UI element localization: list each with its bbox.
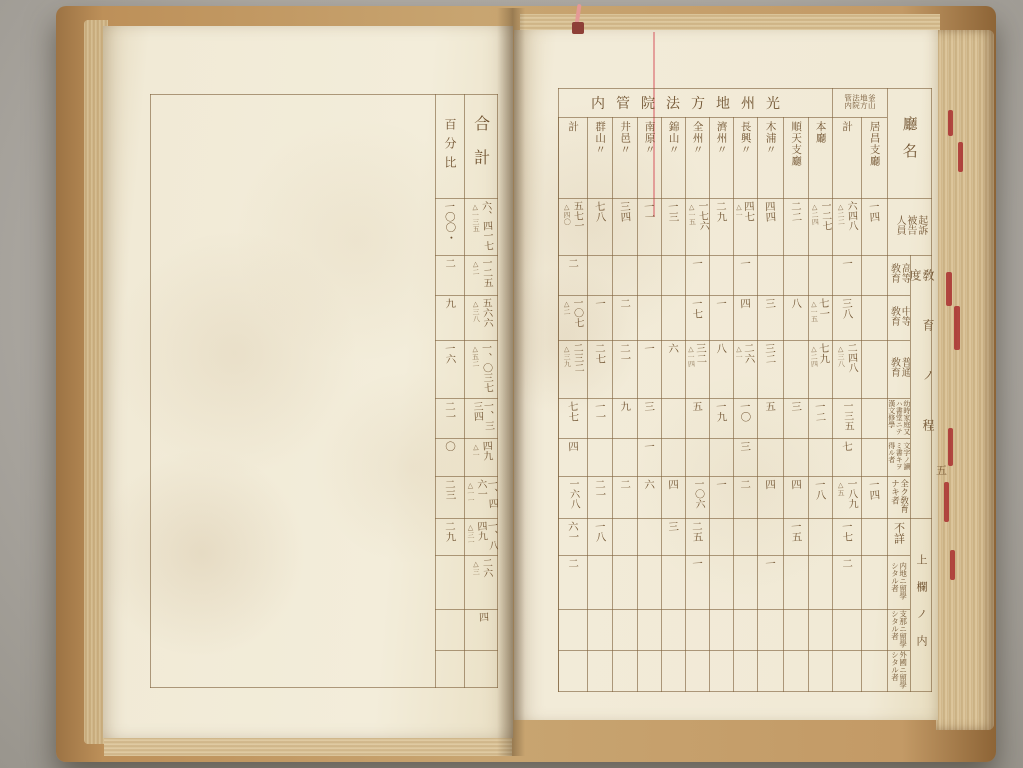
table-cell: 一 [685, 255, 709, 295]
table-cell: 二 [558, 555, 587, 609]
table-cell: 八 [783, 295, 808, 340]
table-cell: 一〇〇・ [435, 198, 464, 255]
row-label-cell: 高等敎育 [887, 255, 910, 295]
table-cell: 九 [435, 295, 464, 340]
office-name: 木浦〃 [764, 117, 775, 156]
cell-value: 一七 [840, 518, 852, 542]
cell-value: 七九△二四 [810, 340, 830, 367]
row-group-above: 上欄ノ内 [910, 518, 932, 692]
table-cell: 四四 [757, 198, 783, 255]
total-header-text: 合計 [472, 109, 489, 183]
table-cell: 五七一△四〇 [558, 198, 587, 255]
row-label: 外國ニ留學シタル者 [890, 651, 906, 691]
table-cell: 一二七△二四 [808, 198, 832, 255]
row-label-cell: 全ク敎育ナキ者 [887, 476, 910, 518]
binding-thread [570, 4, 586, 38]
row-label: 内地ニ留學シタル者 [890, 562, 906, 602]
cell-value: 一一 [643, 198, 655, 222]
cell-value: 一一 [593, 398, 605, 422]
table-cell: 一 [709, 295, 733, 340]
office-name: 順天支廳 [790, 117, 801, 167]
cell-value: 三四 [618, 198, 630, 222]
table-cell: 一八九△五 [832, 476, 861, 518]
cell-value: 一二五△二 [471, 255, 491, 288]
table-cell: 二二 [783, 198, 808, 255]
table-cell: 一六 [435, 340, 464, 398]
cell-value: 九 [619, 398, 631, 412]
right-page-table: 釜山地方法院管内光州地方法院管内廳名居昌支廳計本廳順天支廳木浦〃長興〃濟州〃全州… [558, 88, 932, 692]
table-cell: 四九△一 [464, 438, 498, 476]
table-border-bottom [150, 687, 498, 688]
corner-header-text: 廳名 [901, 116, 917, 170]
table-cell: 一 [637, 438, 661, 476]
cell-value: 三 [790, 398, 802, 412]
cell-value: 六 [667, 340, 679, 354]
office-name-cell: 井邑〃 [612, 117, 637, 198]
table-cell: 三四 [612, 198, 637, 255]
row-label: 普通敎育 [888, 357, 910, 381]
folio-number: 五 [936, 462, 947, 478]
cell-value: 二 [619, 476, 631, 490]
table-cell: 四 [661, 476, 685, 518]
table-cell: 三二△一四 [685, 340, 709, 398]
right-page: 釜山地方法院管内光州地方法院管内廳名居昌支廳計本廳順天支廳木浦〃長興〃濟州〃全州… [514, 30, 938, 720]
table-cell: 一〇 [733, 398, 757, 438]
table-cell: 二九 [709, 198, 733, 255]
cell-value: 三 [764, 295, 776, 309]
cell-value: 一 [594, 295, 606, 309]
row-label-cell: 支那ニ留學シタル者 [887, 609, 910, 650]
book-gutter-shadow [497, 8, 525, 756]
table-cell: 六 [661, 340, 685, 398]
table-border-bottom [558, 691, 932, 692]
cell-value: 二 [567, 555, 579, 569]
cell-value: 四七△一 [735, 198, 755, 222]
cell-value: 一六八 [566, 476, 578, 509]
table-cell: 〇 [435, 438, 464, 476]
cell-value: 一四 [868, 198, 880, 222]
table-cell: 一九 [709, 398, 733, 438]
cell-value: 三二 [764, 340, 776, 364]
cell-value: 一 [739, 255, 751, 269]
cell-value: 一六 [443, 340, 455, 364]
office-name: 本廳 [814, 117, 825, 144]
row-label: 全ク敎育ナキ者 [889, 479, 907, 515]
table-cell: 一六八 [558, 476, 587, 518]
left-page: 合計百分比六、四一七△一三五一〇〇・一二五△二二五六六△三八九一、〇三七△五二一… [103, 26, 513, 738]
cell-value: 一〇〇・ [443, 198, 456, 243]
row-label-cell: 内地ニ留學シタル者 [887, 555, 910, 609]
cell-value: 三 [643, 398, 655, 412]
table-cell: 六四八△二二 [832, 198, 861, 255]
cell-value: 二 [444, 255, 456, 269]
cell-value: 二五 [691, 518, 703, 542]
table-cell: 一 [832, 255, 861, 295]
cell-value: 一 [715, 295, 727, 309]
cell-value: 二三 [443, 476, 455, 500]
table-cell: 二六△三 [464, 555, 498, 609]
table-cell: 四 [757, 476, 783, 518]
table-cell: 二一 [435, 398, 464, 438]
office-name-cell: 南原〃 [637, 117, 661, 198]
table-cell: 三 [757, 295, 783, 340]
cell-value: 一三 [667, 198, 679, 222]
cell-value: 二二 [789, 198, 801, 222]
cell-value: 一、〇三七△五二 [470, 340, 491, 393]
table-cell: 一四 [861, 476, 887, 518]
table-cell: 二七 [587, 340, 612, 398]
cell-value: 九 [444, 295, 456, 309]
cell-value: 一二七△二四 [810, 198, 830, 231]
row-label-cell: 起訴被告人員 [887, 198, 932, 255]
cell-value: 七 [841, 438, 853, 452]
table-cell: 一七 [685, 295, 709, 340]
cell-value: 一 [643, 438, 655, 452]
cell-value: 四四 [764, 198, 776, 222]
cell-value: 一、四六一△一一 [465, 476, 496, 518]
table-cell: 一 [757, 555, 783, 609]
cell-value: 二四八△三八 [836, 340, 856, 373]
row-label-cell: 不詳 [887, 518, 910, 555]
table-cell: 二四八△三八 [832, 340, 861, 398]
table-cell: 一三五 [832, 398, 861, 438]
cell-value: 〇 [444, 438, 456, 452]
row-group-above-text: 上欄ノ内 [915, 548, 927, 662]
table-cell: 九 [612, 398, 637, 438]
cell-value: 一 [715, 476, 727, 490]
table-cell: 二九 [435, 518, 464, 555]
cell-value: 七一△一五 [810, 295, 830, 322]
cell-value: 四 [667, 476, 679, 490]
cell-value: 一 [691, 255, 703, 269]
span-header-busan: 釜山地方法院管内 [832, 88, 887, 117]
page-stack-edge-bottom [104, 736, 512, 756]
table-cell: 一 [709, 476, 733, 518]
cell-value: 五六六△三八 [471, 295, 491, 328]
cell-value: 二六△三 [471, 555, 491, 578]
table-cell: 二一 [587, 476, 612, 518]
table-cell: 一、三三四 [464, 398, 498, 438]
table-cell: 一七六△一五 [685, 198, 709, 255]
cell-value: 二七 [593, 340, 605, 364]
table-cell: 四 [783, 476, 808, 518]
table-cell: 七八 [587, 198, 612, 255]
table-cell: 一七 [832, 518, 861, 555]
table-cell: 一、八四九△三一 [464, 518, 498, 555]
office-name: 長興〃 [739, 117, 750, 156]
span-header-gwangju-text: 光州地方法院管内 [591, 93, 799, 113]
table-cell: 三 [783, 398, 808, 438]
table-cell: 一一 [637, 198, 661, 255]
cell-value: 二 [841, 555, 853, 569]
table-cell: 一八 [808, 476, 832, 518]
office-name-cell: 居昌支廳 [861, 117, 887, 198]
row-label: 支那ニ留學シタル者 [890, 610, 906, 650]
table-cell: 二 [612, 295, 637, 340]
cell-value: 一 [841, 255, 853, 269]
table-cell: 一 [685, 555, 709, 609]
office-name-cell: 濟州〃 [709, 117, 733, 198]
cell-value: 三 [667, 518, 679, 532]
span-header-gwangju: 光州地方法院管内 [558, 88, 832, 117]
cell-value: 一二 [814, 398, 826, 422]
table-cell: 一二 [808, 398, 832, 438]
office-name-cell: 錦山〃 [661, 117, 685, 198]
office-name: 全州〃 [691, 117, 702, 156]
cell-value: 一 [643, 340, 655, 354]
cell-value: 一四 [868, 476, 880, 500]
office-name: 錦山〃 [667, 117, 678, 156]
row-label: 起訴被告人員 [893, 215, 925, 239]
table-cell: 一〇六 [685, 476, 709, 518]
row-label: 不詳 [893, 522, 905, 552]
row-label-cell: 普通敎育 [887, 340, 910, 398]
table-cell: 六一 [558, 518, 587, 555]
table-cell: 一一 [587, 398, 612, 438]
percent-header-text: 百分比 [443, 118, 456, 175]
table-cell: 一、〇三七△五二 [464, 340, 498, 398]
cell-value: 三二△一四 [687, 340, 707, 367]
cell-value: 四九△一 [471, 438, 491, 461]
cell-value: 一、八四九△三一 [466, 518, 497, 555]
cell-value: 二九 [715, 198, 727, 222]
table-cell: 五 [757, 398, 783, 438]
table-cell: 二 [733, 476, 757, 518]
left-page-table: 合計百分比六、四一七△一三五一〇〇・一二五△二二五六六△三八九一、〇三七△五二一… [150, 94, 498, 688]
table-cell: 三 [637, 398, 661, 438]
row-line [435, 650, 498, 651]
cell-value: 三八 [840, 295, 852, 319]
cell-value: 五 [691, 398, 703, 412]
row-group-education-text: 敎育ノ程度 [908, 255, 934, 518]
table-cell: 四 [464, 609, 498, 650]
row-line [558, 609, 910, 610]
cell-value: 一 [764, 555, 776, 569]
cell-value: 一 [691, 555, 703, 569]
office-name-cell: 群山〃 [587, 117, 612, 198]
span-header-busan-text: 釜山地方法院管内 [844, 94, 876, 111]
row-label-cell: 文字ノ讀ミ書キヲ得ル者 [887, 438, 910, 476]
table-cell: 二一 [612, 340, 637, 398]
cell-value: 一、三三四 [469, 398, 492, 438]
office-name-cell: 本廳 [808, 117, 832, 198]
row-line [558, 650, 910, 651]
cell-value: 二九 [443, 518, 455, 542]
table-cell: 四七△一 [733, 198, 757, 255]
office-name-cell: 全州〃 [685, 117, 709, 198]
cell-value: 五 [764, 398, 776, 412]
table-cell: 三八 [832, 295, 861, 340]
table-cell: 二六△一 [733, 340, 757, 398]
cell-value: 六 [643, 476, 655, 490]
cell-value: 五七一△四〇 [562, 198, 582, 231]
cell-value: 二一 [618, 340, 630, 364]
cell-value: 一七 [691, 295, 703, 319]
table-cell: 一 [733, 255, 757, 295]
table-cell: 一二五△二 [464, 255, 498, 295]
page-stack-edge-right [936, 30, 994, 730]
table-cell: 七七 [558, 398, 587, 438]
office-name: 居昌支廳 [868, 117, 879, 167]
table-cell: 四 [558, 438, 587, 476]
cell-value: 一八 [593, 518, 605, 542]
table-cell: 二三二△三九 [558, 340, 587, 398]
row-label-cell: 幼時家庭又ハ書堂ニテ漢文修學 [887, 398, 910, 438]
table-cell: 二 [612, 476, 637, 518]
row-label: 中等敎育 [888, 306, 910, 330]
office-name: 南原〃 [643, 117, 654, 156]
office-name-cell: 計 [558, 117, 587, 198]
row-label: 幼時家庭又ハ書堂ニテ漢文修學 [887, 400, 910, 437]
table-cell: 一四 [861, 198, 887, 255]
table-cell: 六、四一七△一三五 [464, 198, 498, 255]
table-cell: 一、四六一△一一 [464, 476, 498, 518]
corner-header-cell: 廳名 [887, 88, 932, 198]
cell-value: 二六△一 [735, 340, 755, 364]
table-cell: 二三 [435, 476, 464, 518]
cell-value: 六四八△二二 [836, 198, 856, 231]
table-cell: 一 [637, 340, 661, 398]
cell-value: 七八 [593, 198, 605, 222]
table-cell: 一 [587, 295, 612, 340]
table-cell: 一八 [587, 518, 612, 555]
office-name: 井邑〃 [619, 117, 630, 156]
cell-value: 四 [764, 476, 776, 490]
cell-value: 二 [619, 295, 631, 309]
office-name: 計 [841, 117, 852, 133]
cell-value: 一〇七△二 [562, 295, 582, 328]
table-cell: 三 [733, 438, 757, 476]
table-cell: 三二 [757, 340, 783, 398]
table-cell: 四 [733, 295, 757, 340]
cell-value: 一八九△五 [836, 476, 856, 509]
row-label-cell: 中等敎育 [887, 295, 910, 340]
office-name-cell: 長興〃 [733, 117, 757, 198]
cell-value: 二三二△三九 [562, 340, 582, 373]
table-cell: 五 [685, 398, 709, 438]
table-cell: 一五 [783, 518, 808, 555]
table-cell: 七一△一五 [808, 295, 832, 340]
cell-value: 四 [475, 609, 486, 622]
total-header-cell: 合計 [464, 94, 498, 198]
row-label: 文字ノ讀ミ書キヲ得ル者 [887, 442, 910, 472]
table-cell: 六 [637, 476, 661, 518]
office-name: 群山〃 [594, 117, 605, 156]
table-cell: 五六六△三八 [464, 295, 498, 340]
table-cell: 二五 [685, 518, 709, 555]
cell-value: 二 [739, 476, 751, 490]
office-name: 計 [567, 117, 578, 133]
table-cell: 二 [435, 255, 464, 295]
row-line [558, 518, 932, 519]
table-cell: 七 [832, 438, 861, 476]
cell-value: 一三五 [840, 398, 852, 431]
office-name: 濟州〃 [715, 117, 726, 156]
cell-value: 六、四一七△一三五 [470, 198, 491, 251]
cell-value: 七七 [566, 398, 578, 422]
table-cell: 八 [709, 340, 733, 398]
cell-value: 二一 [443, 398, 455, 422]
percent-header-cell: 百分比 [435, 94, 464, 198]
office-name-cell: 計 [832, 117, 861, 198]
cell-value: 一〇 [739, 398, 751, 422]
cell-value: 八 [715, 340, 727, 354]
office-name-cell: 木浦〃 [757, 117, 783, 198]
cell-value: 一九 [715, 398, 727, 422]
row-group-education: 敎育ノ程度 [910, 255, 932, 518]
cell-value: 二 [567, 255, 579, 269]
table-cell: 一〇七△二 [558, 295, 587, 340]
table-cell: 二 [558, 255, 587, 295]
table-cell: 三 [661, 518, 685, 555]
row-label: 高等敎育 [888, 263, 910, 287]
cell-value: 一〇六 [691, 476, 703, 509]
cell-value: 八 [790, 295, 802, 309]
office-name-cell: 順天支廳 [783, 117, 808, 198]
cell-value: 一五 [789, 518, 801, 542]
cell-value: 四 [567, 438, 579, 452]
table-cell: 一三 [661, 198, 685, 255]
cell-value: 六一 [566, 518, 578, 542]
cell-value: 一八 [814, 476, 826, 500]
table-cell: 二 [832, 555, 861, 609]
row-label-cell: 外國ニ留學シタル者 [887, 650, 910, 692]
photo-open-ledger-book: 合計百分比六、四一七△一三五一〇〇・一二五△二二五六六△三八九一、〇三七△五二一… [0, 0, 1023, 768]
cell-value: 四 [790, 476, 802, 490]
cell-value: 三 [739, 438, 751, 452]
cell-value: 二一 [593, 476, 605, 500]
table-border-left [150, 94, 151, 688]
cell-value: 四 [739, 295, 751, 309]
table-cell: 七九△二四 [808, 340, 832, 398]
cell-value: 一七六△一五 [687, 198, 707, 231]
